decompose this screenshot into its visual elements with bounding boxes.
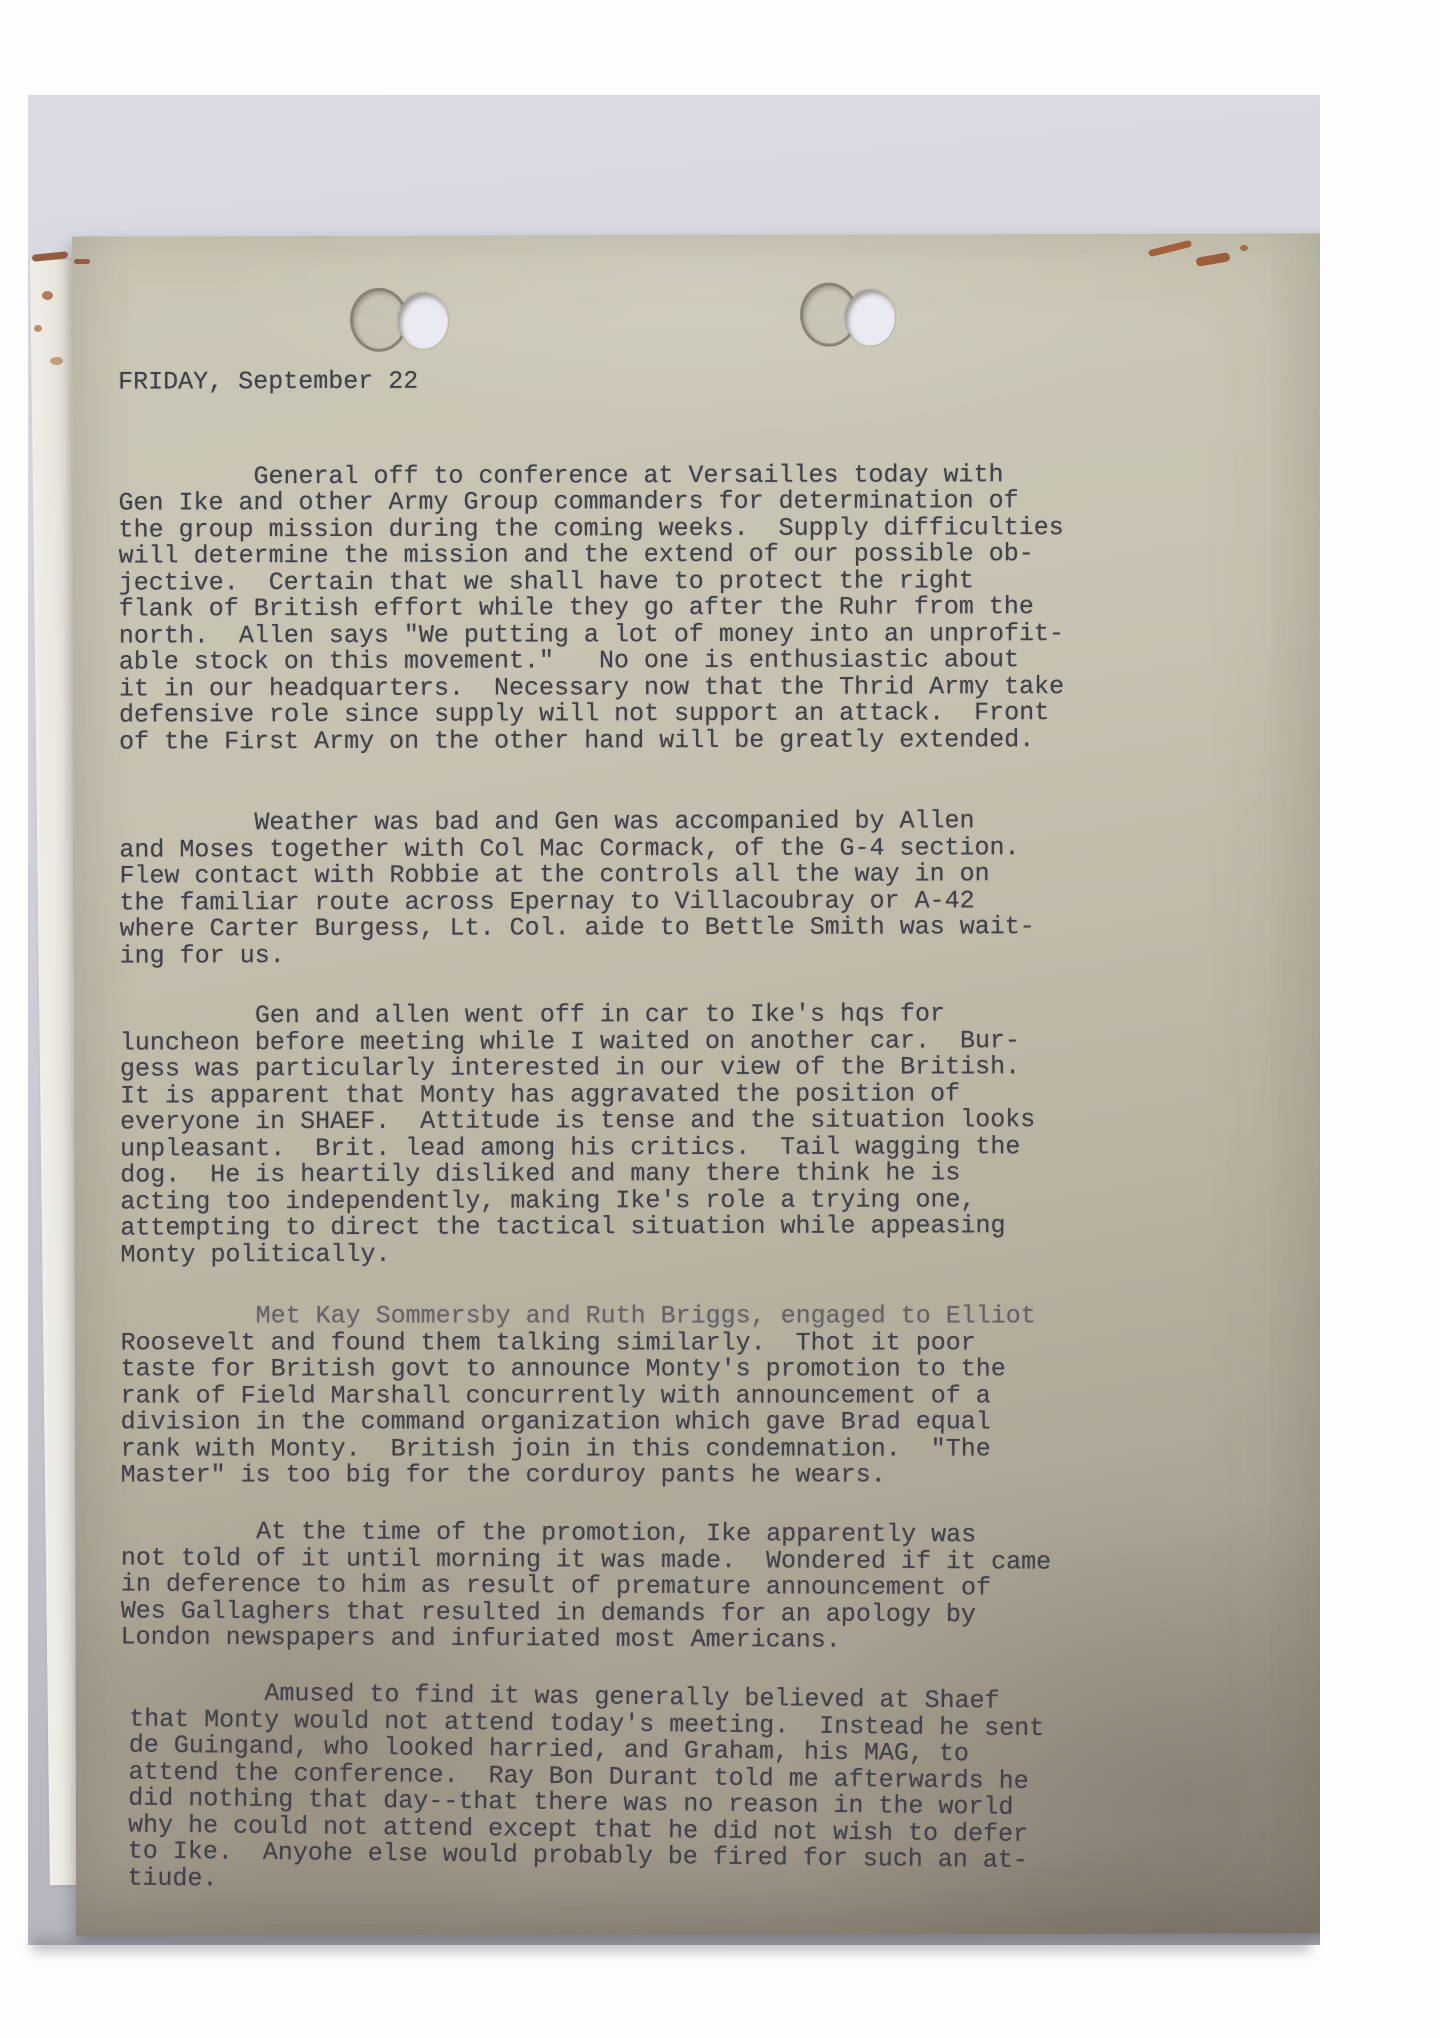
- typed-text-block: FRIDAY, September 22 General off to conf…: [118, 366, 1282, 1891]
- typed-page: FRIDAY, September 22 General off to conf…: [72, 233, 1320, 1936]
- rust-stain: [74, 259, 90, 264]
- rust-stain: [50, 357, 63, 365]
- paragraph-3: Gen and allen went off in car to Ike's h…: [120, 1000, 1281, 1268]
- punch-hole: [845, 290, 895, 346]
- paragraph-2: Weather was bad and Gen was accompanied …: [119, 807, 1279, 969]
- rust-stain: [42, 291, 53, 300]
- paragraph-4: Met Kay Sommersby and Ruth Briggs, engag…: [121, 1304, 1281, 1490]
- rust-stain: [1240, 245, 1248, 251]
- paragraph-5: At the time of the promotion, Ike appare…: [121, 1518, 1282, 1656]
- paragraph-1: General off to conference at Versailles …: [118, 461, 1279, 756]
- photo-bottom-shadow: [32, 1938, 1310, 1951]
- paragraph-6: Amused to find it was generally believed…: [127, 1680, 1281, 1904]
- scanned-document-page: FRIDAY, September 22 General off to conf…: [0, 0, 1440, 2038]
- photo-of-typed-page: FRIDAY, September 22 General off to conf…: [28, 95, 1320, 1945]
- date-heading: FRIDAY, September 22: [118, 366, 1278, 396]
- punch-hole: [398, 293, 448, 349]
- rust-stain: [34, 325, 42, 332]
